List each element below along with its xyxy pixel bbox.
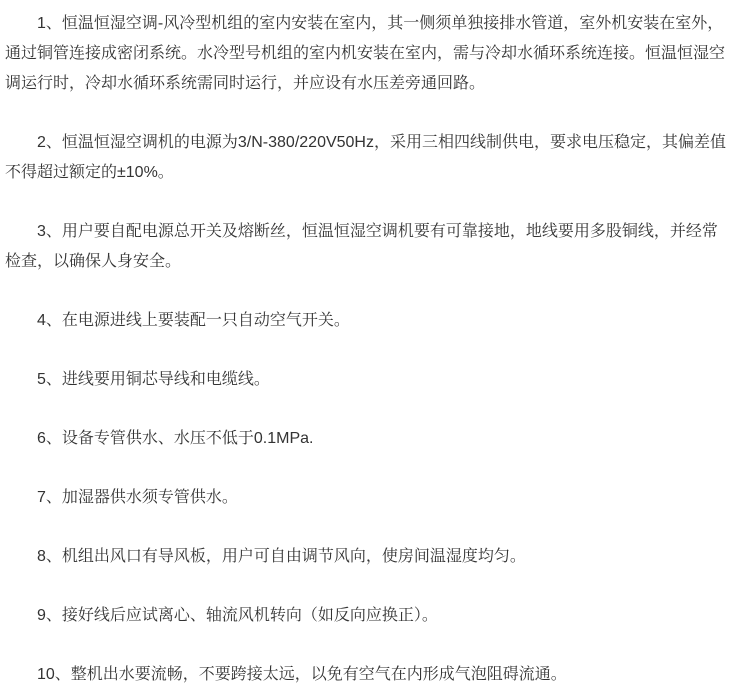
document-page: 1、恒温恒湿空调-风冷型机组的室内安装在室内，其一侧须单独接排水管道，室外机安装… [0,0,733,697]
instruction-paragraph-6: 6、设备专管供水、水压不低于0.1MPa. [5,424,727,454]
instruction-paragraph-9: 9、接好线后应试离心、轴流风机转向（如反向应换正）。 [5,601,727,631]
instruction-paragraph-8: 8、机组出风口有导风板，用户可自由调节风向，使房间温湿度均匀。 [5,542,727,572]
instruction-paragraph-4: 4、在电源进线上要装配一只自动空气开关。 [5,306,727,336]
instruction-paragraph-7: 7、加湿器供水须专管供水。 [5,483,727,513]
instruction-paragraph-2: 2、恒温恒湿空调机的电源为3/N-380/220V50Hz，采用三相四线制供电，… [5,128,727,188]
instruction-paragraph-1: 1、恒温恒湿空调-风冷型机组的室内安装在室内，其一侧须单独接排水管道，室外机安装… [5,9,727,99]
instruction-paragraph-10: 10、整机出水要流畅，不要跨接太远，以免有空气在内形成气泡阻碍流通。 [5,660,727,690]
instruction-paragraph-5: 5、进线要用铜芯导线和电缆线。 [5,365,727,395]
instruction-paragraph-3: 3、用户要自配电源总开关及熔断丝，恒温恒湿空调机要有可靠接地，地线要用多股铜线，… [5,217,727,277]
